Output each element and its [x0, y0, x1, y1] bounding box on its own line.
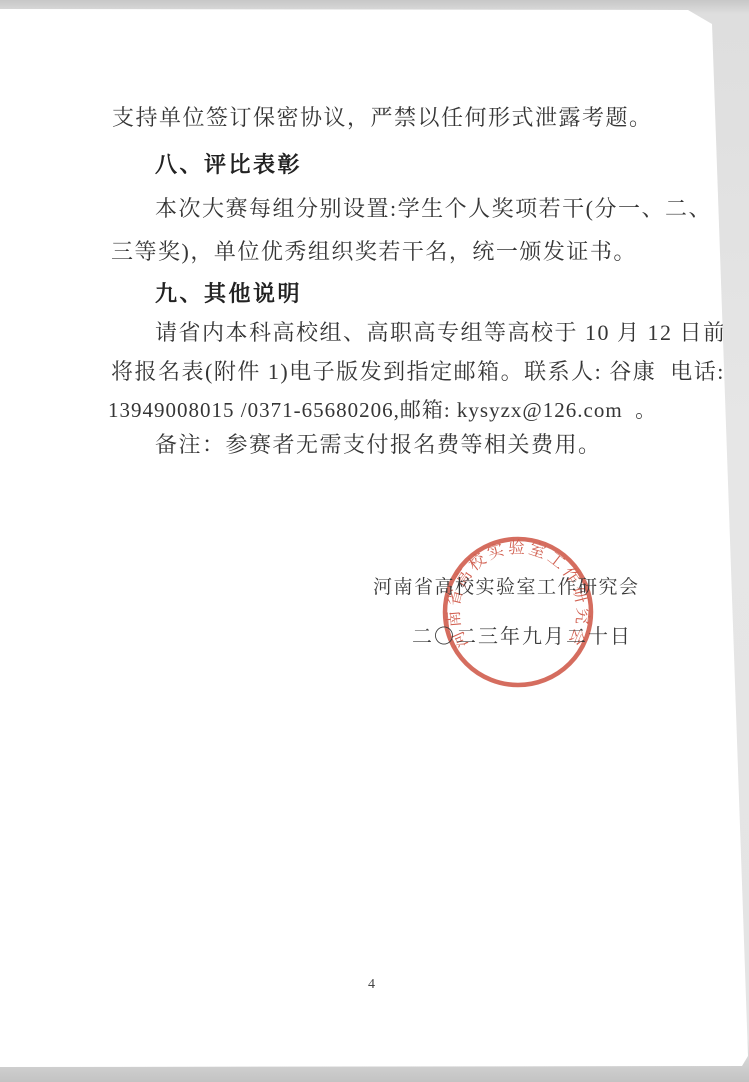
- body-line-confidentiality: 支持单位签订保密协议，严禁以任何形式泄露考题。: [112, 104, 653, 132]
- section-nine-line1: 请省内本科高校组、高职高专组等高校于 10 月 12 日前: [155, 319, 727, 347]
- section-heading-eight: 八、评比表彰: [155, 151, 302, 179]
- note-line: 备注：参赛者无需支付报名费等相关费用。: [155, 431, 602, 459]
- signature-organization: 河南省高校实验室工作研究会: [373, 574, 640, 602]
- contact-phone-email-line: 13949008015 /0371-65680206,邮箱: kysyzx@12…: [108, 396, 657, 424]
- section-eight-line1: 本次大赛每组分别设置:学生个人奖项若干(分一、二、: [155, 195, 712, 223]
- section-eight-line2: 三等奖)，单位优秀组织奖若干名，统一颁发证书。: [111, 238, 637, 266]
- official-seal: 河南省高校实验室工作研究会: [432, 526, 604, 698]
- document-page: 河南省高校实验室工作研究会 支持单位签订保密协议，严禁以任何形式泄露考题。 八、…: [0, 0, 749, 1082]
- page-number: 4: [368, 977, 375, 993]
- scanned-document-viewport: 河南省高校实验室工作研究会 支持单位签订保密协议，严禁以任何形式泄露考题。 八、…: [0, 0, 749, 1082]
- signature-date: 二〇二三年九月二十日: [412, 623, 632, 651]
- section-nine-line2: 将报名表(附件 1)电子版发到指定邮箱。联系人: 谷康 电话:: [111, 358, 725, 386]
- section-heading-nine: 九、其他说明: [155, 280, 302, 308]
